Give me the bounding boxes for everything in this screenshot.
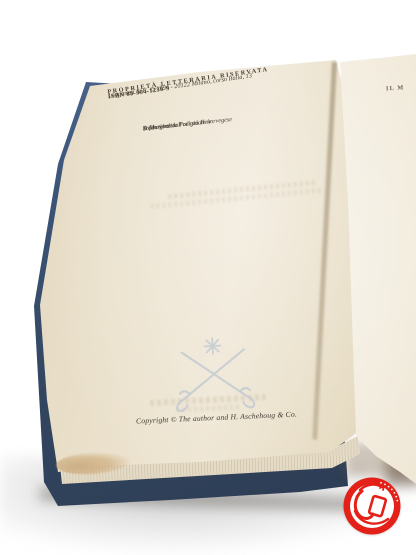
crossed-swords-icon	[164, 332, 264, 417]
bookshop-stamp-icon	[342, 476, 402, 536]
book-photo: PROPRIETÀ LETTERARIA RISERVATA Longanesi…	[0, 0, 416, 555]
